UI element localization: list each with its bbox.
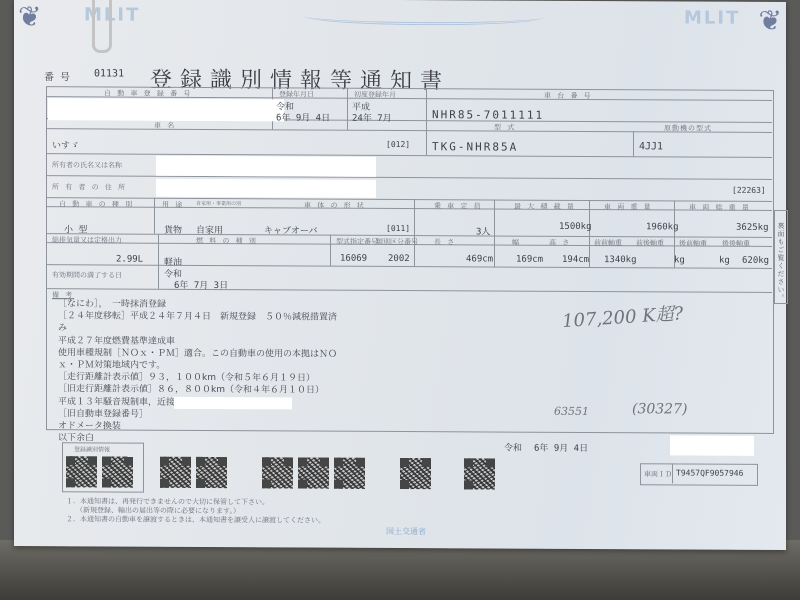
spec-code: [22263]	[732, 186, 766, 195]
use-value: 貨物	[164, 223, 182, 236]
qr-code	[464, 458, 495, 489]
use-label: 用 途	[162, 200, 184, 210]
private-label: 自家用・事業用の別	[196, 200, 241, 207]
gross-label: 車 両 総 重 量	[689, 203, 751, 213]
redacted-reg-number	[48, 98, 284, 121]
remark-line: オドメータ換装	[58, 420, 337, 434]
footer-note-2: ２．本通知書の自動車を譲渡するときは、本通知書を譲受人に譲渡してください。	[66, 515, 325, 525]
owner-address-label: 所 有 者 の 住 所	[52, 182, 127, 192]
redacted-old-reg-number	[174, 397, 292, 410]
qr-code	[196, 457, 227, 488]
chassis-number: NHR85-7011111	[432, 108, 544, 122]
vehicle-id-value: T9457QF9057946	[676, 468, 743, 477]
ff-axle-value: 1340kg	[604, 255, 637, 265]
side-note: 裏面もご覧ください。	[776, 222, 786, 302]
remark-line: ［２４年度移転］平成２４年７月４日 新規登録 ５０％減税措置済	[58, 310, 337, 324]
col-line	[330, 235, 331, 266]
vehicle-id-label: 車両ＩＤ	[644, 469, 672, 479]
gross-value: 3625kg	[736, 223, 769, 233]
body-code: [011]	[386, 224, 410, 233]
handwritten-number-1: 63551	[554, 405, 589, 418]
length-label: 長 さ	[434, 237, 456, 247]
expiry-date: 6年 7月 3日	[174, 278, 228, 291]
col-line	[347, 88, 348, 130]
brand-right: MLIT	[684, 7, 740, 28]
redacted-issuer	[670, 435, 754, 455]
maker-label: 車 名	[154, 121, 176, 131]
body-value: キャブオーバ	[264, 223, 317, 236]
first-reg-label: 初度登録年月	[354, 90, 396, 100]
reg-number-label: 自 動 車 登 録 番 号	[104, 88, 192, 98]
remarks-list: ［なにわ］， 一時抹消登録 ［２４年度移転］平成２４年７月４日 新規登録 ５０％…	[58, 298, 337, 446]
private-value: 自家用	[196, 223, 223, 236]
kind-label: 自 動 車 の 種 別	[59, 199, 134, 209]
ornament-corner-right-icon: ❦	[759, 4, 782, 37]
owner-name-label: 所有者の氏名又は名称	[52, 160, 122, 170]
number-label: 番 号	[44, 68, 70, 83]
rr-axle-value: 620kg	[742, 256, 769, 266]
handwritten-number-2: (30327)	[632, 401, 687, 417]
col-line	[633, 131, 634, 156]
col-line	[158, 234, 159, 289]
length-value: 469cm	[466, 254, 493, 264]
qr-code	[298, 457, 329, 488]
model-value: TKG-NHR85A	[432, 140, 518, 153]
footer-notes: １．本通知書は、再発行できませんので大切に保管して下さい。 （新規登録、輸出の届…	[66, 497, 325, 525]
fuel-label: 燃 料 の 種 別	[196, 236, 258, 246]
rf-axle-label: 後前軸重	[679, 238, 707, 248]
redacted-owner-name	[156, 156, 376, 177]
model-code: [012]	[386, 140, 410, 149]
col-line	[426, 88, 427, 155]
col-line	[672, 463, 673, 483]
ministry-label: 国土交通省	[386, 526, 426, 537]
width-value: 169cm	[516, 255, 543, 265]
col-line	[414, 199, 415, 266]
redacted-owner-address	[156, 179, 376, 198]
qr-box-label: 登録識別情報	[74, 444, 110, 453]
ff-axle-label: 前前軸重	[594, 238, 622, 248]
paper-clip	[92, 0, 112, 53]
fr-axle-value: kg	[674, 255, 685, 265]
ornament-corner-left-icon: ❦	[18, 0, 41, 33]
qr-code	[334, 458, 365, 489]
first-reg-date: 24年 7月	[352, 111, 392, 124]
header-ornament-icon	[304, 7, 544, 25]
max-load-value: 1500kg	[559, 222, 592, 232]
rf-axle-value: kg	[719, 256, 730, 266]
engine-value: 4JJ1	[639, 141, 663, 152]
qr-code	[400, 458, 431, 489]
col-line	[154, 198, 155, 234]
weight-value: 1960kg	[646, 222, 679, 232]
category-label: 類別区分番号	[376, 237, 418, 247]
number-value: 01131	[94, 68, 124, 79]
qr-code	[160, 457, 191, 488]
fr-axle-label: 前後軸重	[636, 238, 664, 248]
expiry-label: 有効期間の満了する日	[52, 270, 122, 280]
reg-date: 6年 9月 4日	[276, 110, 330, 123]
type-approval-value: 16069	[340, 254, 367, 264]
kind-value: 小 型	[64, 222, 87, 235]
reg-date-label: 登録年月日	[279, 89, 314, 99]
engine-label: 原動機の型式	[664, 123, 712, 133]
displacement-label: 総排気量又は定格出力	[52, 235, 122, 245]
body-label: 車 体 の 形 状	[304, 200, 366, 210]
category-value: 2002	[388, 254, 410, 264]
max-load-label: 最 大 積 載 量	[514, 202, 576, 212]
model-label: 型 式	[494, 122, 516, 132]
weight-label: 車 両 重 量	[604, 202, 653, 212]
displacement-value: 2.99L	[116, 255, 143, 265]
maker-value: いすゞ	[52, 138, 79, 151]
col-line	[494, 199, 495, 266]
registration-notice-document: ❦ ❦ MLIT MLIT 番 号 01131 登録識別情報等通知書 自 動 車…	[14, 0, 786, 550]
capacity-value: 3人	[476, 224, 490, 237]
capacity-label: 乗 車 定 員	[434, 201, 483, 211]
height-value: 194cm	[562, 255, 589, 265]
qr-code	[262, 457, 293, 488]
issue-date: 6年 9月 4日	[534, 441, 588, 454]
remark-line: ［旧走行距離計表示値］８６，８００km（令和４年６月１０日）	[58, 384, 337, 398]
col-line	[589, 200, 590, 267]
chassis-label: 車 台 番 号	[544, 91, 593, 101]
qr-code	[66, 456, 97, 487]
issue-era: 令和	[504, 441, 522, 454]
height-label: 高 さ	[549, 238, 571, 248]
qr-code	[102, 456, 133, 487]
width-label: 幅	[512, 238, 521, 248]
rr-axle-label: 後後軸重	[722, 239, 750, 249]
type-approval-label: 型式指定番号	[336, 237, 378, 247]
